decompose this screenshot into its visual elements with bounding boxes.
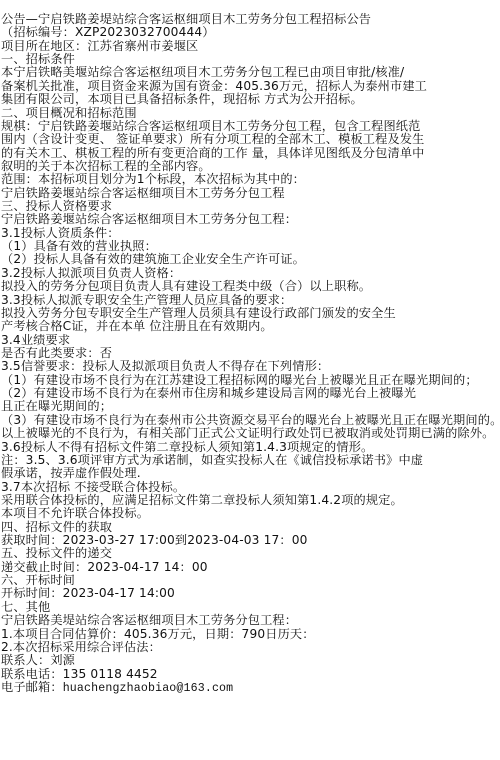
paragraph-line: 的有关木工、棋板工程的所有变更洽商的工作 量，具体详见图纸及分包清单中 xyxy=(1,147,499,160)
section-heading-document-acquisition: 四、招标文件的获取 xyxy=(1,521,499,534)
contact-phone: 联系电话：135 0118 4452 xyxy=(1,668,499,681)
contact-email-label: 电子邮箱： xyxy=(1,680,63,694)
paragraph-line: 3.5信誉要求：投标人及拟派项目负责人不得存在下列情形： xyxy=(1,360,499,373)
paragraph-line: （2）投标人具备有效的建筑施工企业安全生产许可证。 xyxy=(1,253,499,266)
paragraph-line: 宁启铁路美堤站综合客运枢细项目木工劳务分包工程： xyxy=(1,614,499,627)
paragraph-line: 产考核合格C证，并在本单 位注册且在有效期内。 xyxy=(1,320,499,333)
contact-email-row: 电子邮箱：huachengzhaobiao@163.com xyxy=(1,681,499,694)
paragraph-line: 3.6投标人不得有招标文件第二章投标人须知第1.4.3项规定的情形。 xyxy=(1,441,499,454)
paragraph-line: 且正在曝光期间的； xyxy=(1,400,499,413)
paragraph-line: 本宁启铁略美堰站综合客运枢纽项目木工劳务分包工程已由项目审批/核准/ xyxy=(1,66,499,79)
paragraph-line: 3.7本次招标 不接受联合体投标。 xyxy=(1,481,499,494)
section-heading-bid-submission: 五、投标文件的递交 xyxy=(1,547,499,560)
contact-email: huachengzhaobiao@163.com xyxy=(63,682,234,695)
project-region: 项目所在地区：江苏省寨州市姜堰区 xyxy=(1,40,499,53)
paragraph-line: 拟投入的劳务分包项目负责人具有建设工程类中级（合）以上职称。 xyxy=(1,280,499,293)
paragraph-line: 3.4业绩要求 xyxy=(1,334,499,347)
paragraph-line: 宁启铁路姜堰站综合客运枢细项目木工劳务分包工程： xyxy=(1,213,499,226)
paragraph-line: 假承诺，按弄虚作假处理. xyxy=(1,467,499,480)
contract-estimate: 1.本项目合同估算价：405.36万元，日期：790日历天： xyxy=(1,628,499,641)
bid-number: （招标编号：XZP2023032700444） xyxy=(1,26,499,39)
evaluation-method: 2.本次招标采用综合评估法： xyxy=(1,641,499,654)
paragraph-line: 3.3投标人拟派专职安全生产管理人员应具备的要求： xyxy=(1,294,499,307)
paragraph-line: 围内（含设计变更、 签证单要求）所有分项工程的全部木工、模板工程及发生 xyxy=(1,133,499,146)
paragraph-line: 以上被曝光的不良行为，有相关部门正式公文证明行政处罚已被取消或处罚期已满的除外。 xyxy=(1,427,499,440)
submission-deadline: 递交截止时间：2023-04-17 14：00 xyxy=(1,561,499,574)
contact-person: 联系人：刘源 xyxy=(1,654,499,667)
paragraph-line: 集团有限公司，本项目已具备招标条件，现招标 方式为公开招标。 xyxy=(1,93,499,106)
section-heading-project-overview: 二、项目概况和招标范围 xyxy=(1,107,499,120)
bid-opening-time: 开标时间：2023-04-17 14:00 xyxy=(1,587,499,600)
paragraph-line: 范围：本招标项目划分为1个标段，本次招标为其中的： xyxy=(1,173,499,186)
tender-announcement-document: 公告—宁启铁路姜堤站综合客运枢细项目木工劳务分包工程招标公告 （招标编号：XZP… xyxy=(1,13,499,694)
paragraph-line: 本项目不允许联合体投标。 xyxy=(1,507,499,520)
